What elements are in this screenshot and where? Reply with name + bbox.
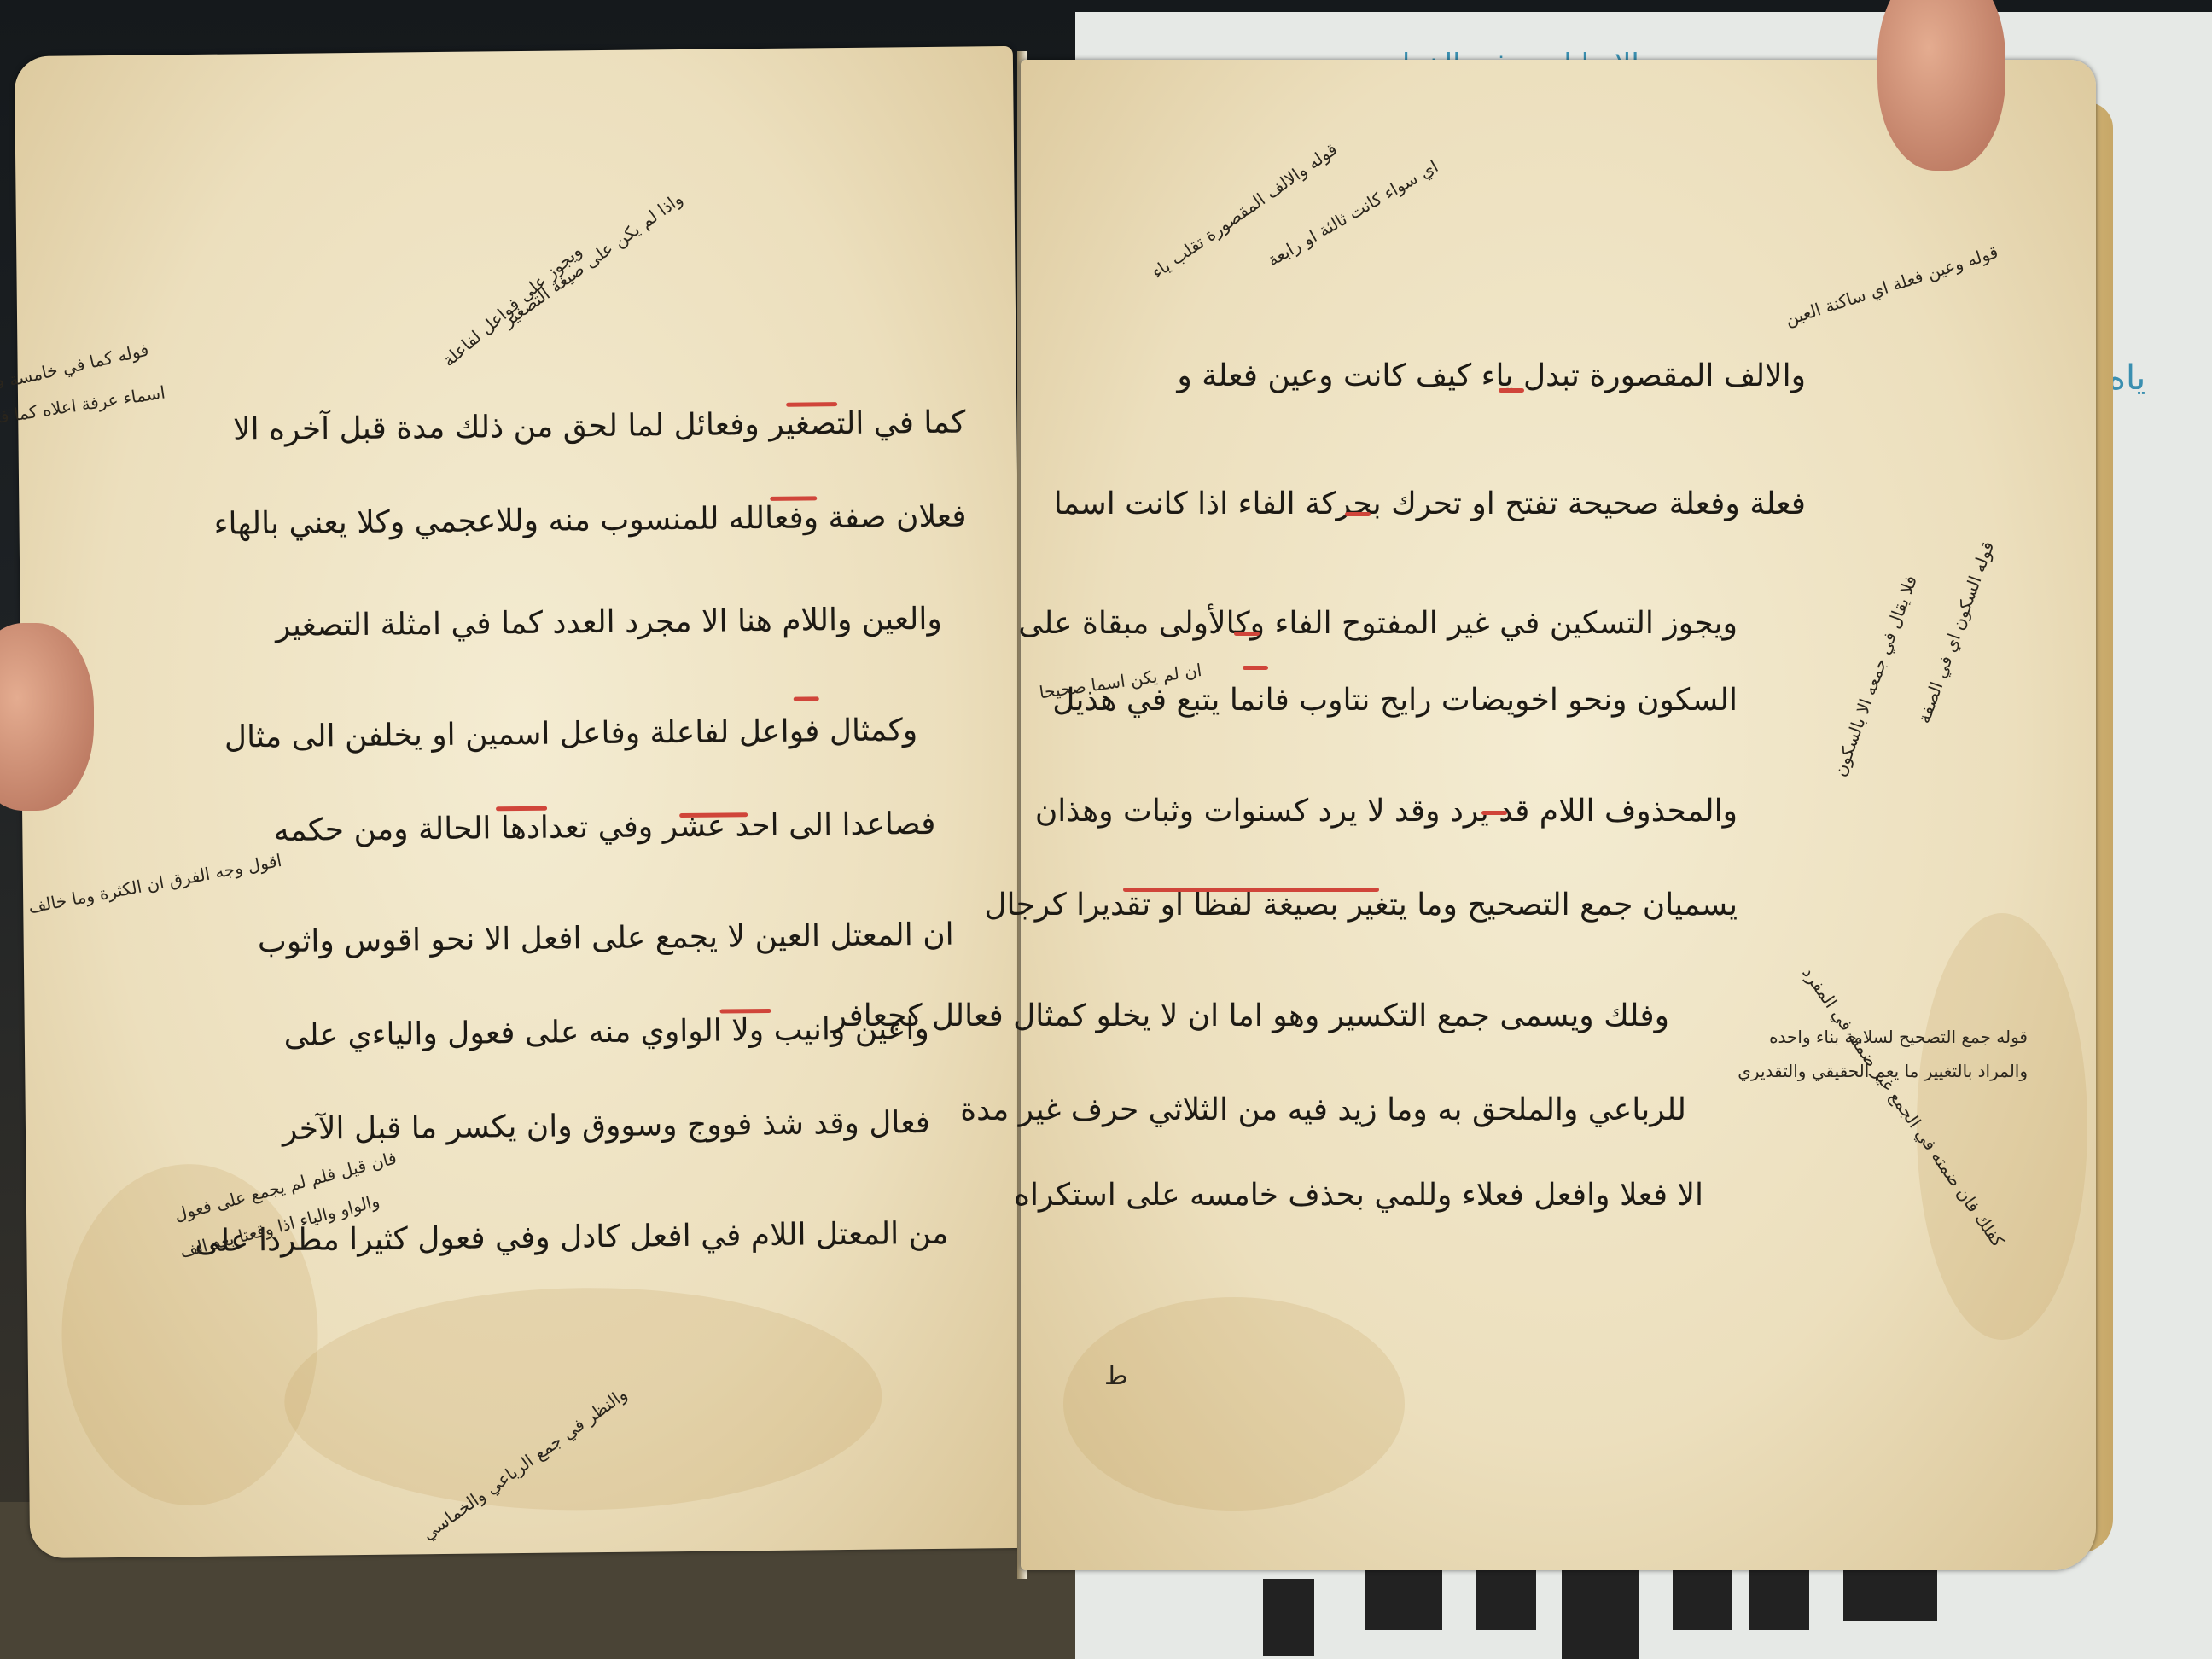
rubric-overline (1234, 632, 1260, 636)
right-thumb (1877, 0, 2005, 171)
margin-note: فلا يقال في جمعه الا بالسكون (1827, 572, 1924, 780)
main-text-line: والمحذوف اللام قد يرد وقد لا يرد كسنوات … (1035, 794, 1738, 829)
main-text-line: فعلة وفعلة صحيحة تفتح او تحرك بحركة الفا… (1054, 486, 1806, 521)
rubric-overline (679, 812, 748, 818)
main-text-line: كما في التصغير وفعائل لما لحق من ذلك مدة… (233, 405, 966, 448)
rubric-overline (794, 696, 819, 701)
main-text-line: فصاعدا الى احد عشر وفي تعدادها الحالة وم… (274, 806, 936, 848)
main-text-line: فعلان صفة وفعالله للمنسوب منه وللاعجمي و… (213, 499, 966, 542)
main-text-line: فعال وقد شذ فووج وسووق وان يكسر ما قبل ا… (282, 1105, 930, 1147)
open-manuscript: كما في التصغير وفعائل لما لحق من ذلك مدة… (22, 51, 2104, 1579)
margin-note: قوله السكون اي في الصفة (1911, 538, 2000, 727)
underlying-sheet-side-mark: ياه (2108, 358, 2145, 398)
main-text-line: ويجوز التسكين في غير المفتوح الفاء وكالأ… (1018, 606, 1738, 641)
rubric-overline (1499, 388, 1524, 393)
printed-ornament-bars (1195, 1570, 2133, 1659)
rubric-overline (720, 1009, 771, 1014)
rubric-overline (786, 402, 837, 407)
main-text-line: وكمثال فواعل لفاعلة وفاعل اسمين او يخلفن… (224, 713, 918, 755)
rubric-overline (1243, 666, 1268, 670)
main-text-line: يسميان جمع التصحيح وما يتغير بصيغة لفظا … (984, 888, 1738, 923)
margin-note: قوله جمع التصحيح لسلامة بناء واحده (1769, 1024, 2028, 1050)
left-page: كما في التصغير وفعائل لما لحق من ذلك مدة… (15, 46, 1028, 1558)
rubric-overline (1481, 811, 1507, 815)
rubric-overline (496, 806, 547, 812)
main-text-line: وفلك ويسمى جمع التكسير وهو اما ان لا يخل… (832, 998, 1669, 1033)
main-text-line: ان المعتل العين لا يجمع على افعل الا نحو… (258, 917, 954, 960)
margin-note: ويجوز على فواعل لفاعلة (437, 238, 587, 372)
right-page: والالف المقصورة تبدل ياء كيف كانت وعين ف… (1021, 60, 2096, 1570)
margin-note: واذا لم يكن على صيغة التصغير (498, 186, 688, 333)
main-text-line: للرباعي والملحق به وما زيد فيه من الثلاث… (960, 1092, 1686, 1127)
main-text-line: والالف المقصورة تبدل ياء كيف كانت وعين ف… (1177, 358, 1806, 393)
main-text-line: الا فعلا وافعل فعلاء وللمي بحذف خامسه عل… (1014, 1178, 1703, 1213)
margin-note: قوله وعين فعلة اي ساكنة العين (1782, 239, 2001, 332)
rubric-overline (770, 496, 817, 501)
rubric-overline (1345, 512, 1371, 516)
rubric-overline (1123, 888, 1379, 892)
main-text-line: والعين واللام هنا الا مجرد العدد كما في … (276, 602, 942, 643)
margin-note: قوله والالف المقصورة تقلب ياء (1146, 137, 1342, 285)
margin-note: اقول وجه الفرق ان الكثرة وما خالف (26, 847, 283, 920)
catchword: ط (1104, 1361, 1128, 1391)
